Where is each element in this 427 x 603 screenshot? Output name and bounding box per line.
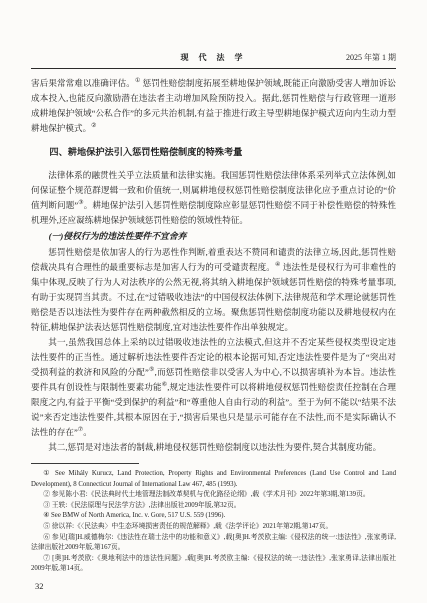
footnote-item: ③ 王轶:《民法原理与民法学方法》,法律出版社2009年版,第32页。 [31,501,396,512]
paragraph-continuation: 害后果常常难以准确评估。① 惩罚性赔偿制度拓展至耕地保护领域,既能正向激励受害人… [31,76,396,136]
footnote-item: ⑥ 参见[瑞]H.威德梅尔:《违法性在瑞士法中的功能和意义》,载[奥]H.考茨欧… [31,533,396,554]
footnote-item: ① See Mihály Kurucz, Land Protection, Pr… [31,469,396,490]
footnote-item: ⑤ 徐以祥:《〈民法典〉中生态环境损害责任的规范解释》,载《法学评论》2021年… [31,522,396,533]
footnotes: ① See Mihály Kurucz, Land Protection, Pr… [31,469,396,575]
paragraph-first: 惩罚性赔偿是依加害人的行为恶性作判断,着重表达不赞同和谴责的法律立场,因此,惩罚… [31,245,396,335]
subsection-heading: (一)侵权行为的违法性要件不宜舍弃 [31,229,396,244]
journal-page: 现 代 法 学 2025 年第 1 期 害后果常常难以准确评估。① 惩罚性赔偿制… [0,0,427,603]
footnote-separator [31,463,139,464]
paragraph-third: 其二,惩罚是对违法者的制裁,耕地侵权惩罚性赔偿制度以违法性为要件,契合其制度功能… [31,440,396,455]
paragraph-second: 其一,虽然我国总体上采纳以过错吸收违法性的立法模式,但这并不否定某些侵权类型设定… [31,335,396,440]
page-number: 32 [31,581,396,591]
page-content: 现 代 法 学 2025 年第 1 期 害后果常常难以准确评估。① 惩罚性赔偿制… [0,52,427,591]
footnote-item: ⑦ [奥]H.考茨欧:《奥地利法中的违法性问题》,载[奥]H.考茨欧主编:《侵权… [31,554,396,575]
issue-label: 2025 年第 1 期 [346,52,396,63]
footnote-item: ④ See BMW of North America, Inc. v. Gore… [31,511,396,522]
article-body: 害后果常常难以准确评估。① 惩罚性赔偿制度拓展至耕地保护领域,既能正向激励受害人… [31,76,396,455]
paragraph-overview: 法律体系的融贯性关乎立法质量和法律实施。我国惩罚性赔偿法律体系采列举式立法体例,… [31,168,396,228]
running-header: 现 代 法 学 2025 年第 1 期 [31,52,396,63]
header-rule [31,68,396,69]
section-heading: 四、耕地保护法引入惩罚性赔偿制度的特殊考量 [31,145,396,160]
footnote-item: ② 参见陈小君:《民法典时代土地管理法制改革契机与优化路径论纲》,载《学术月刊》… [31,490,396,501]
journal-title: 现 代 法 学 [31,52,396,63]
